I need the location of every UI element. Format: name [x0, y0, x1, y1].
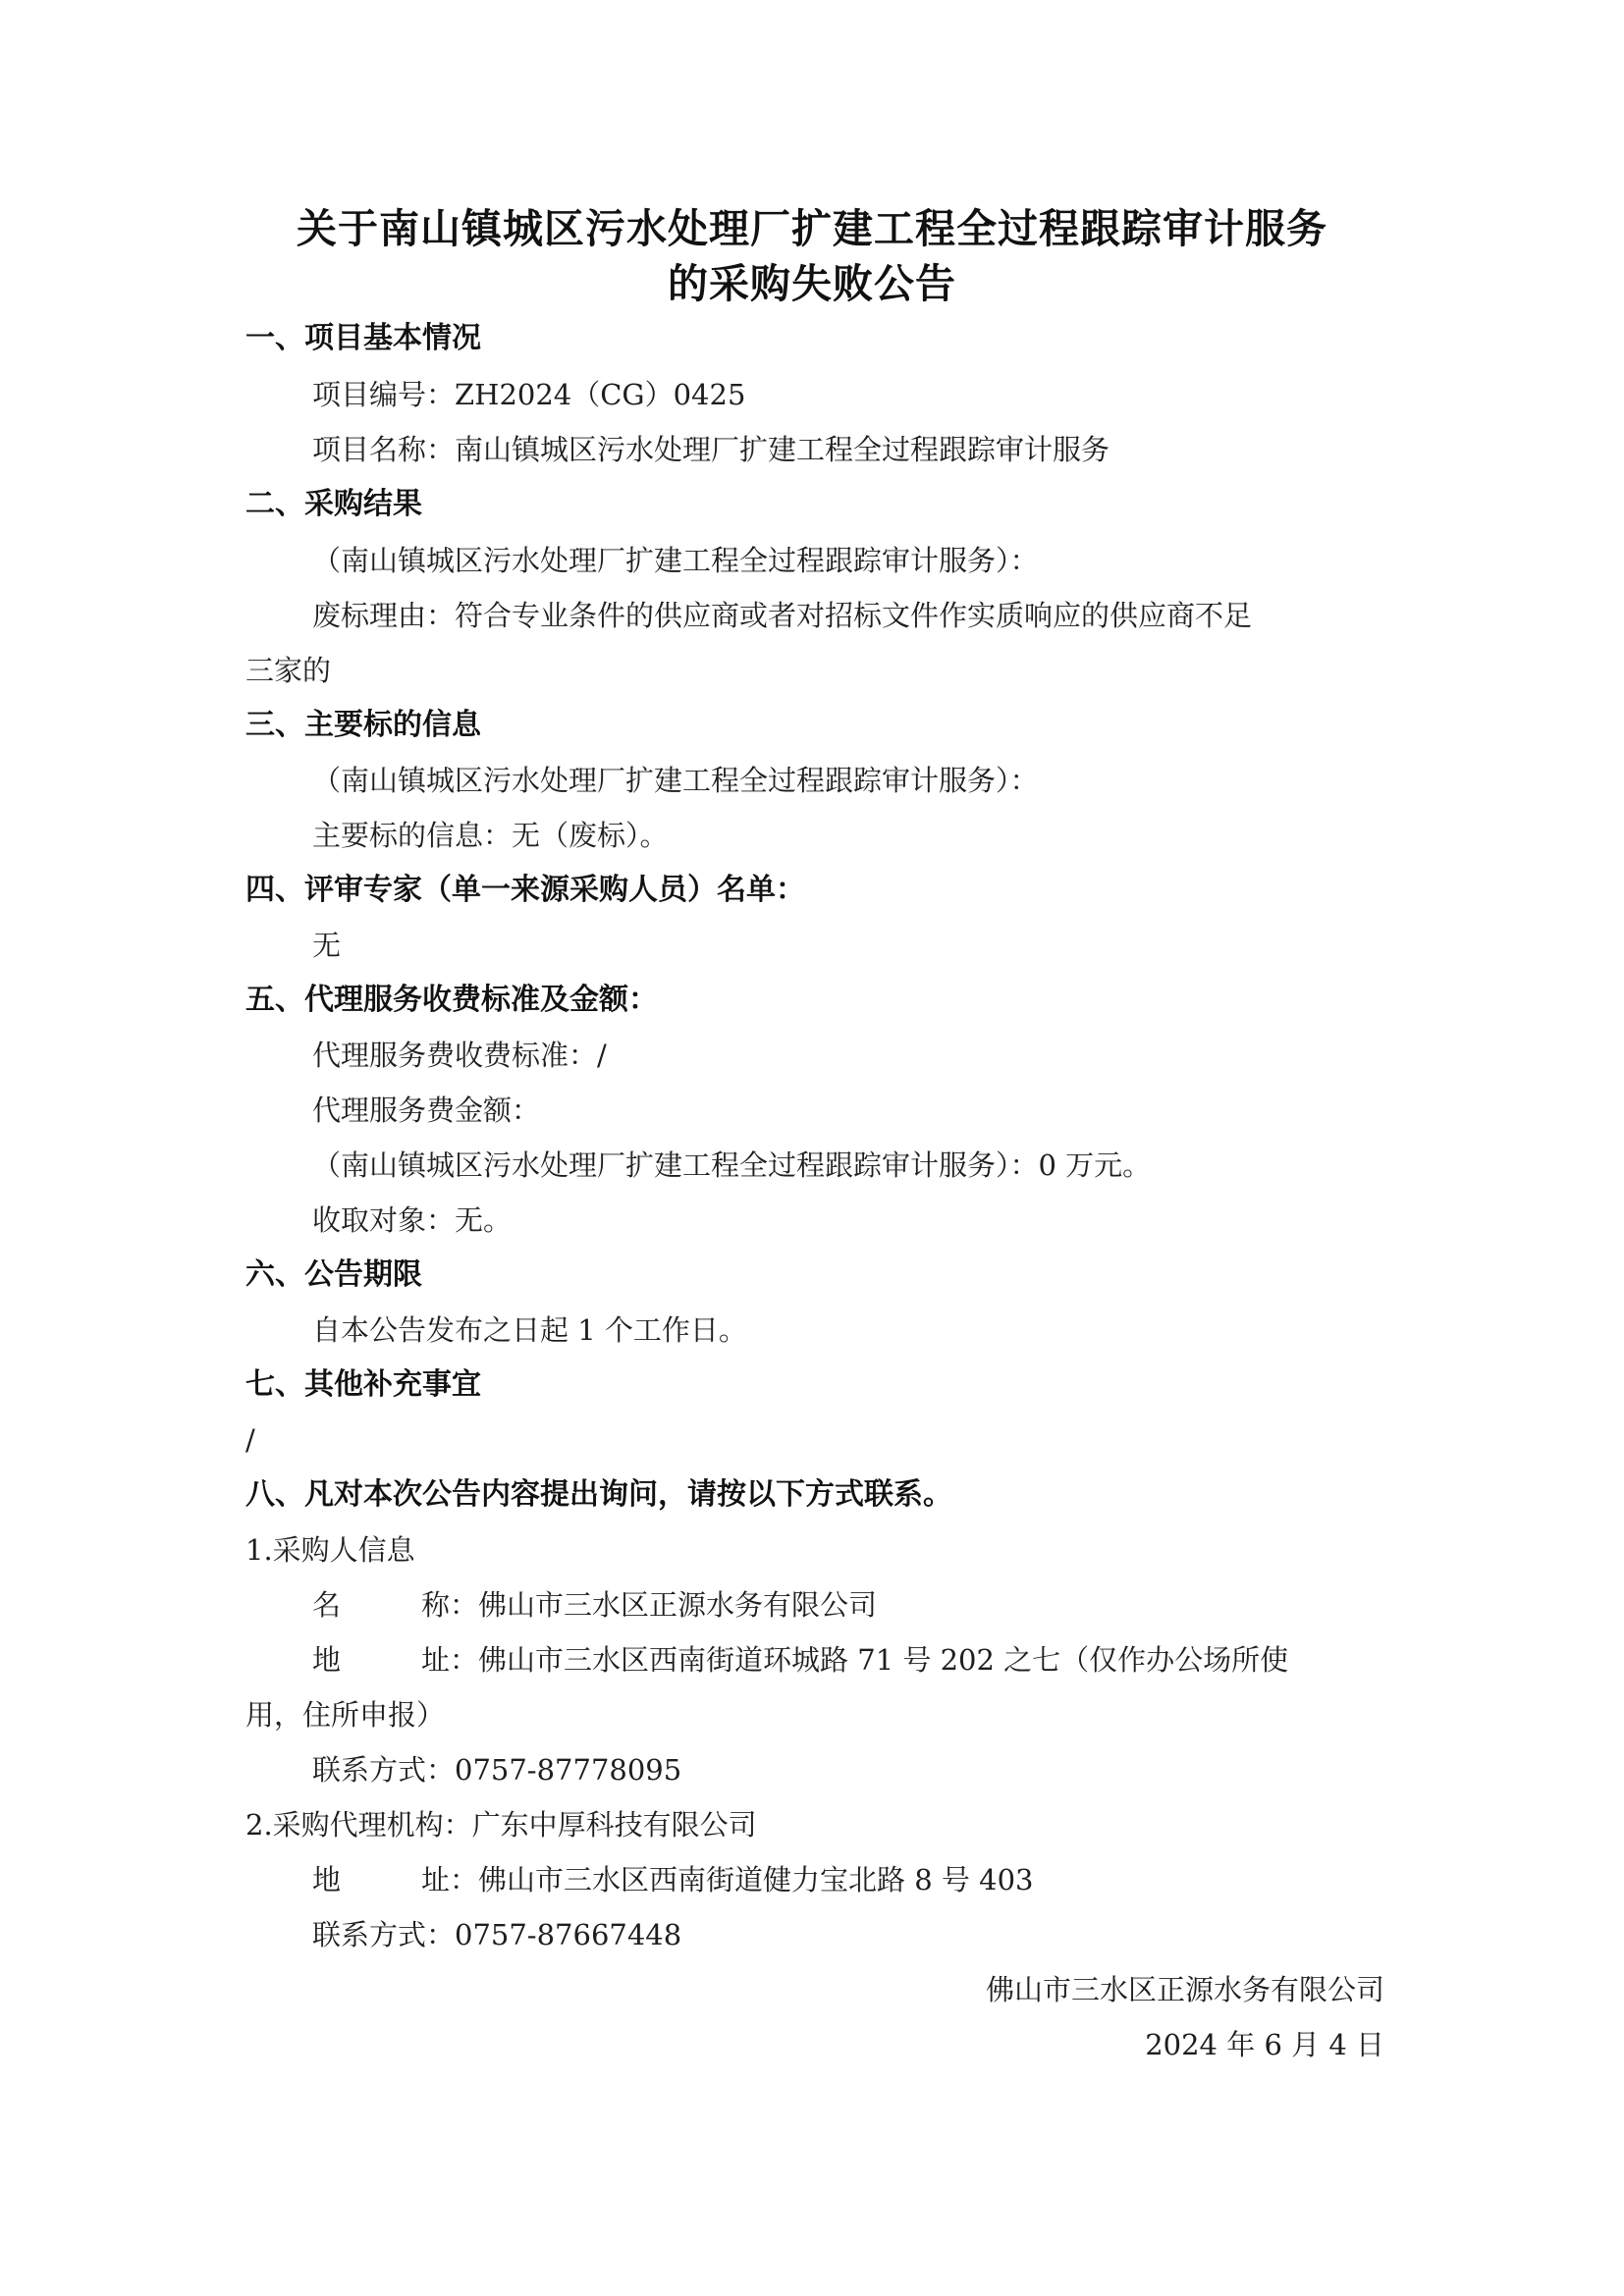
section-8-heading: 八、凡对本次公告内容提出询问，请按以下方式联系。: [245, 1475, 952, 1515]
purchaser-address-value-line1: 佛山市三水区西南街道环城路 71 号 202 之七（仅作办公场所使: [478, 1643, 1288, 1677]
fee-payer: 收取对象：无。: [312, 1201, 512, 1240]
purchaser-info-title: 1.采购人信息: [245, 1530, 415, 1570]
procurement-result-item: （南山镇城区污水处理厂扩建工程全过程跟踪审计服务）：: [312, 541, 1039, 580]
signature-organization: 佛山市三水区正源水务有限公司: [986, 1970, 1384, 2009]
section-7-heading: 七、其他补充事宜: [245, 1365, 481, 1405]
purchaser-address-label-b: 址：: [421, 1643, 478, 1677]
purchaser-address-line2: 用，住所申报）: [245, 1695, 445, 1735]
purchaser-address: 地址：佛山市三水区西南街道环城路 71 号 202 之七（仅作办公场所使: [312, 1640, 1288, 1680]
document-title-line2: 的采购失败公告: [0, 251, 1624, 309]
agency-address-value: 佛山市三水区西南街道健力宝北路 8 号 403: [478, 1863, 1033, 1896]
purchaser-name-value: 佛山市三水区正源水务有限公司: [478, 1588, 877, 1622]
agency-address: 地址：佛山市三水区西南街道健力宝北路 8 号 403: [312, 1860, 1034, 1899]
section-1-heading: 一、项目基本情况: [245, 319, 481, 358]
purchaser-name-label-b: 称：: [421, 1588, 478, 1622]
agency-address-label-b: 址：: [421, 1863, 478, 1896]
rejection-reason-line1: 废标理由：符合专业条件的供应商或者对招标文件作实质响应的供应商不足: [312, 596, 1252, 635]
fee-amount-label: 代理服务费金额：: [312, 1091, 540, 1130]
agency-info-title: 2.采购代理机构：广东中厚科技有限公司: [245, 1805, 757, 1844]
expert-list-value: 无: [312, 926, 341, 965]
purchaser-name-label-a: 名: [312, 1588, 341, 1622]
project-name: 项目名称：南山镇城区污水处理厂扩建工程全过程跟踪审计服务: [312, 430, 1110, 469]
main-subject-info: 主要标的信息：无（废标）。: [312, 816, 669, 855]
main-subject-item: （南山镇城区污水处理厂扩建工程全过程跟踪审计服务）：: [312, 761, 1039, 800]
project-number: 项目编号：ZH2024（CG）0425: [312, 375, 745, 414]
purchaser-address-label-a: 地: [312, 1643, 341, 1677]
section-4-heading: 四、评审专家（单一来源采购人员）名单：: [245, 871, 805, 910]
fee-standard: 代理服务费收费标准：/: [312, 1036, 607, 1075]
signature-date: 2024 年 6 月 4 日: [1145, 2025, 1384, 2064]
rejection-reason-line2: 三家的: [245, 651, 331, 690]
purchaser-name: 名称：佛山市三水区正源水务有限公司: [312, 1585, 877, 1625]
fee-amount-item: （南山镇城区污水处理厂扩建工程全过程跟踪审计服务）：0 万元。: [312, 1146, 1151, 1185]
section-2-heading: 二、采购结果: [245, 485, 422, 524]
section-5-heading: 五、代理服务收费标准及金额：: [245, 981, 658, 1020]
section-3-heading: 三、主要标的信息: [245, 706, 481, 745]
agency-address-label-a: 地: [312, 1863, 341, 1896]
announcement-period: 自本公告发布之日起 1 个工作日。: [312, 1310, 747, 1350]
section-6-heading: 六、公告期限: [245, 1255, 422, 1295]
supplementary-value: /: [245, 1420, 255, 1460]
document-title-line1: 关于南山镇城区污水处理厂扩建工程全过程跟踪审计服务: [0, 196, 1624, 254]
purchaser-contact: 联系方式：0757-87778095: [312, 1750, 681, 1789]
document-page: 关于南山镇城区污水处理厂扩建工程全过程跟踪审计服务 的采购失败公告 一、项目基本…: [0, 0, 1624, 2296]
agency-contact: 联系方式：0757-87667448: [312, 1915, 681, 1954]
